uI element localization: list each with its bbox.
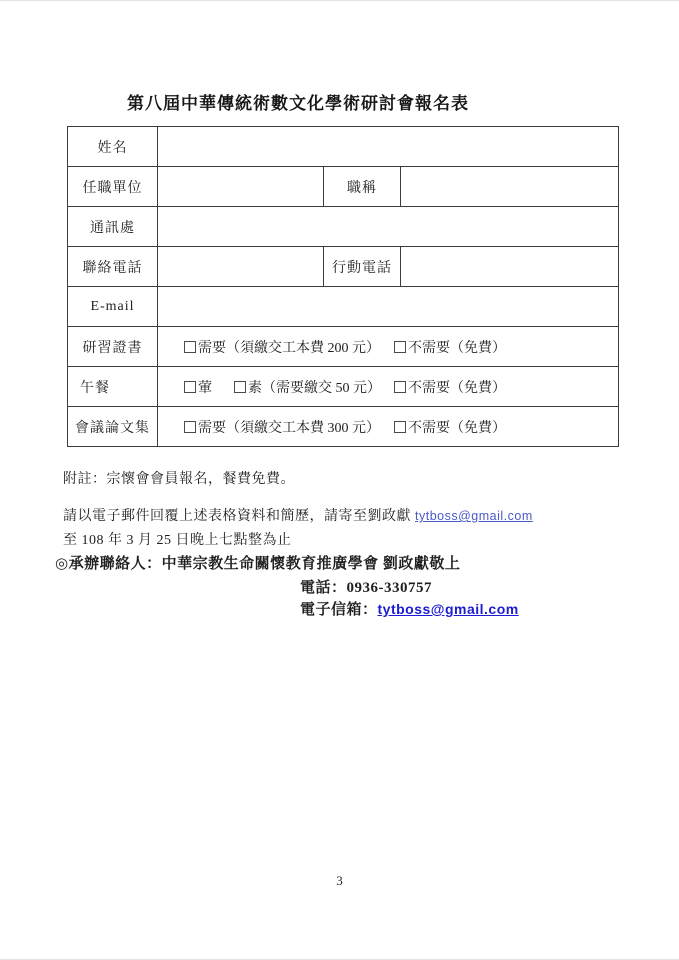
proceedings-options-cell: 需要（須繳交工本費 300 元） 不需要（免費） (158, 407, 619, 447)
contact-email-line: 電子信箱：tytboss@gmail.com (300, 598, 519, 619)
page-number: 3 (0, 873, 679, 889)
organization-label: 任職單位 (68, 167, 158, 207)
checkbox-icon[interactable] (184, 421, 196, 433)
lunch-option-vegetarian-label: 素（需要繳交 50 元） (248, 381, 381, 396)
mobile-phone-input-cell[interactable] (401, 247, 619, 287)
contact-email-link[interactable]: tytboss@gmail.com (378, 601, 519, 617)
table-row-certificate: 研習證書 需要（須繳交工本費 200 元） 不需要（免費） (68, 327, 619, 367)
proceedings-label: 會議論文集 (68, 407, 158, 447)
name-input-cell[interactable] (158, 127, 619, 167)
checkbox-icon[interactable] (234, 381, 246, 393)
lunch-option-no-need-label: 不需要（免費） (408, 381, 506, 396)
reply-email-link[interactable]: tytboss@gmail.com (415, 509, 533, 523)
lunch-option-vegetarian[interactable]: 素（需要繳交 50 元） (234, 377, 381, 397)
certificate-options-cell: 需要（須繳交工本費 200 元） 不需要（免費） (158, 327, 619, 367)
name-label: 姓名 (68, 127, 158, 167)
proceedings-option-need-label: 需要（須繳交工本費 300 元） (198, 421, 380, 436)
lunch-option-no-need[interactable]: 不需要（免費） (394, 377, 506, 397)
job-title-label: 職稱 (324, 167, 401, 207)
table-row-name: 姓名 (68, 127, 619, 167)
document-page: 第八屆中華傳統術數文化學術研討會報名表 姓名 任職單位 職稱 通訊處 聯絡電話 (0, 0, 679, 960)
table-row-proceedings: 會議論文集 需要（須繳交工本費 300 元） 不需要（免費） (68, 407, 619, 447)
contact-phone-label: 電話： (300, 580, 347, 596)
mobile-phone-label: 行動電話 (324, 247, 401, 287)
contact-phone-label: 聯絡電話 (68, 247, 158, 287)
certificate-option-need-label: 需要（須繳交工本費 200 元） (198, 341, 380, 356)
address-input-cell[interactable] (158, 207, 619, 247)
lunch-options-cell: 葷 素（需要繳交 50 元） 不需要（免費） (158, 367, 619, 407)
contact-phone-line: 電話：0936-330757 (300, 576, 432, 597)
table-row-phone: 聯絡電話 行動電話 (68, 247, 619, 287)
contact-phone-input-cell[interactable] (158, 247, 324, 287)
address-label: 通訊處 (68, 207, 158, 247)
lunch-option-meat-label: 葷 (198, 381, 212, 396)
organizer-contact-line: ◎承辦聯絡人：中華宗教生命關懷教育推廣學會 劉政獻敬上 (55, 552, 460, 573)
deadline-note: 至 108 年 3 月 25 日晚上七點整為止 (63, 529, 292, 549)
proceedings-option-need[interactable]: 需要（須繳交工本費 300 元） (184, 417, 380, 437)
checkbox-icon[interactable] (184, 341, 196, 353)
table-row-organization: 任職單位 職稱 (68, 167, 619, 207)
table-row-email: E-mail (68, 287, 619, 327)
email-label: E-mail (68, 287, 158, 327)
lunch-option-meat[interactable]: 葷 (184, 377, 212, 397)
organization-input-cell[interactable] (158, 167, 324, 207)
certificate-option-no-need-label: 不需要（免費） (408, 341, 506, 356)
contact-email-label: 電子信箱： (300, 602, 378, 618)
lunch-label: 午餐 (68, 367, 158, 407)
checkbox-icon[interactable] (184, 381, 196, 393)
checkbox-icon[interactable] (394, 421, 406, 433)
proceedings-option-no-need-label: 不需要（免費） (408, 421, 506, 436)
certificate-option-no-need[interactable]: 不需要（免費） (394, 337, 506, 357)
email-input-cell[interactable] (158, 287, 619, 327)
proceedings-option-no-need[interactable]: 不需要（免費） (394, 417, 506, 437)
registration-table: 姓名 任職單位 職稱 通訊處 聯絡電話 行動電話 E-mail (67, 126, 619, 447)
checkbox-icon[interactable] (394, 381, 406, 393)
table-row-lunch: 午餐 葷 素（需要繳交 50 元） 不需要（免費） (68, 367, 619, 407)
checkbox-icon[interactable] (394, 341, 406, 353)
certificate-option-need[interactable]: 需要（須繳交工本費 200 元） (184, 337, 380, 357)
email-instruction-text: 請以電子郵件回覆上述表格資料和簡歷，請寄至劉政獻 (63, 509, 411, 524)
job-title-input-cell[interactable] (401, 167, 619, 207)
table-row-address: 通訊處 (68, 207, 619, 247)
page-title: 第八屆中華傳統術數文化學術研討會報名表 (127, 89, 469, 114)
certificate-label: 研習證書 (68, 327, 158, 367)
email-instruction: 請以電子郵件回覆上述表格資料和簡歷，請寄至劉政獻 tytboss@gmail.c… (63, 505, 533, 525)
contact-phone-number: 0936-330757 (347, 580, 433, 596)
remark-note: 附註：宗懷會會員報名，餐費免費。 (63, 468, 295, 488)
